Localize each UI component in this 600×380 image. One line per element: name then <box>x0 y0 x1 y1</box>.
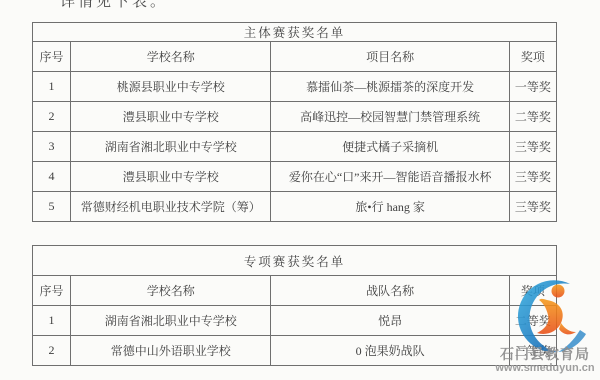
cell-school: 常德财经机电职业技术学院（筹） <box>71 192 271 222</box>
header-cell-school: 学校名称 <box>71 42 271 72</box>
intro-text: 详情见下表。 <box>60 0 168 11</box>
cell-school: 桃源县职业中专学校 <box>71 72 271 102</box>
cell-seq: 3 <box>33 132 71 162</box>
cell-award: 三等奖 <box>509 336 556 366</box>
table-row: 2 常德中山外语职业学校 0 泡果奶战队 三等奖 <box>33 336 557 366</box>
table-header-row: 序号 学校名称 战队名称 奖项 <box>33 276 557 306</box>
table-row: 1 湖南省湘北职业中专学校 悦昂 二等奖 <box>33 306 557 336</box>
cell-award: 一等奖 <box>509 72 556 102</box>
header-cell-award: 奖项 <box>509 42 556 72</box>
cell-project: 高峰迅控—校园智慧门禁管理系统 <box>271 102 509 132</box>
cell-project: 慕擂仙茶—桃源擂茶的深度开发 <box>271 72 509 102</box>
header-cell-award: 奖项 <box>509 276 556 306</box>
table-row: 3 湖南省湘北职业中专学校 便捷式橘子采摘机 三等奖 <box>33 132 557 162</box>
cell-seq: 5 <box>33 192 71 222</box>
table-header-row: 序号 学校名称 项目名称 奖项 <box>33 42 557 72</box>
special-table-title: 专项赛获奖名单 <box>33 246 557 276</box>
cell-seq: 1 <box>33 72 71 102</box>
table-row: 2 澧县职业中专学校 高峰迅控—校园智慧门禁管理系统 二等奖 <box>33 102 557 132</box>
cell-team: 悦昂 <box>271 306 509 336</box>
cell-seq: 4 <box>33 162 71 192</box>
cell-school: 澧县职业中专学校 <box>71 162 271 192</box>
cell-project: 旅•行 hang 家 <box>271 192 509 222</box>
table-row: 1 桃源县职业中专学校 慕擂仙茶—桃源擂茶的深度开发 一等奖 <box>33 72 557 102</box>
cell-school: 常德中山外语职业学校 <box>71 336 271 366</box>
cell-award: 二等奖 <box>509 306 556 336</box>
cell-seq: 1 <box>33 306 71 336</box>
cell-award: 三等奖 <box>509 162 556 192</box>
cell-seq: 2 <box>33 102 71 132</box>
cell-school: 湖南省湘北职业中专学校 <box>71 306 271 336</box>
table-row: 5 常德财经机电职业技术学院（筹） 旅•行 hang 家 三等奖 <box>33 192 557 222</box>
cell-project: 便捷式橘子采摘机 <box>271 132 509 162</box>
header-cell-project: 项目名称 <box>271 42 509 72</box>
header-cell-seq: 序号 <box>33 42 71 72</box>
cell-award: 三等奖 <box>509 132 556 162</box>
cell-school: 澧县职业中专学校 <box>71 102 271 132</box>
table-row: 4 澧县职业中专学校 爱你在心“口”来开—智能语音播报水杯 三等奖 <box>33 162 557 192</box>
main-table-title: 主体赛获奖名单 <box>33 23 557 42</box>
header-cell-school: 学校名称 <box>71 276 271 306</box>
header-cell-seq: 序号 <box>33 276 71 306</box>
table-title-row: 主体赛获奖名单 <box>33 23 557 42</box>
cell-award: 三等奖 <box>509 192 556 222</box>
table-title-row: 专项赛获奖名单 <box>33 246 557 276</box>
cell-team: 0 泡果奶战队 <box>271 336 509 366</box>
cell-project: 爱你在心“口”来开—智能语音播报水杯 <box>271 162 509 192</box>
header-cell-team: 战队名称 <box>271 276 509 306</box>
main-award-table: 主体赛获奖名单 序号 学校名称 项目名称 奖项 1 桃源县职业中专学校 慕擂仙茶… <box>32 22 557 222</box>
cell-award: 二等奖 <box>509 102 556 132</box>
special-award-table: 专项赛获奖名单 序号 学校名称 战队名称 奖项 1 湖南省湘北职业中专学校 悦昂… <box>32 245 557 366</box>
cell-school: 湖南省湘北职业中专学校 <box>71 132 271 162</box>
cell-seq: 2 <box>33 336 71 366</box>
